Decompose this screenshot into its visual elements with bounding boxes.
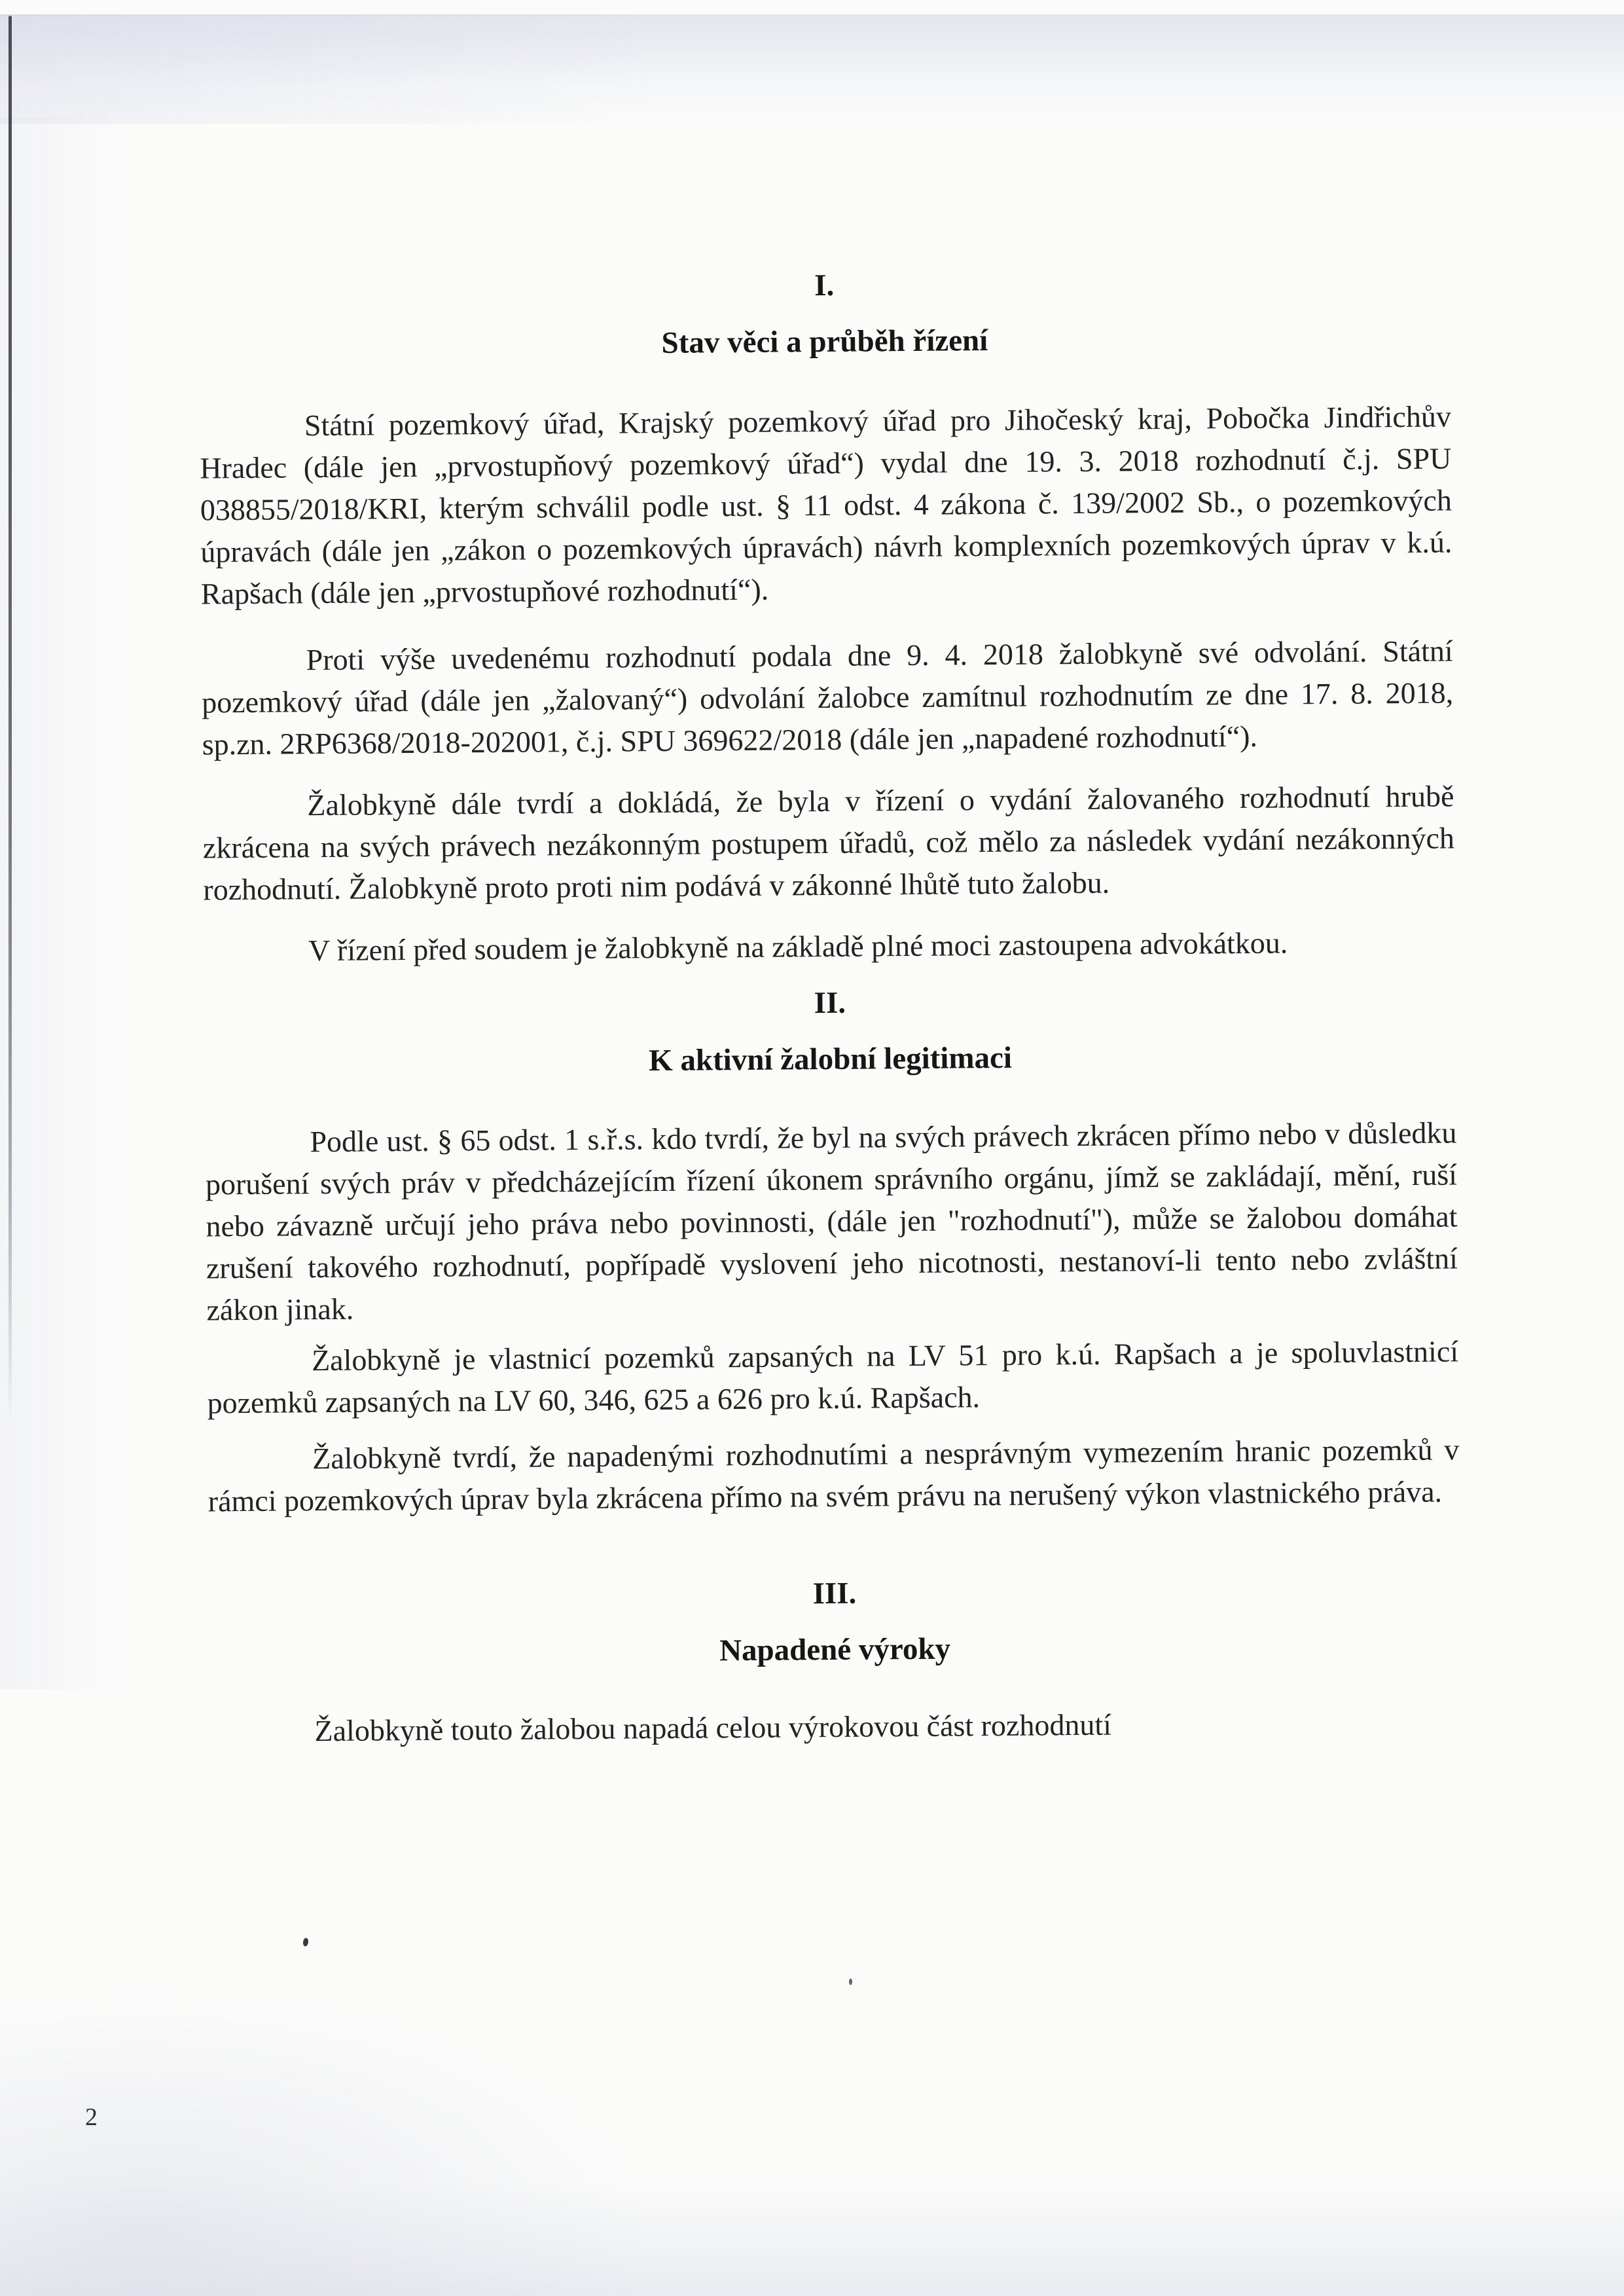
- paragraph-legitimacy-3: Žalobkyně tvrdí, že napadenými rozhodnut…: [208, 1429, 1460, 1522]
- paragraph-proceedings-2: Proti výše uvedenému rozhodnutí podala d…: [201, 630, 1453, 765]
- page-number: 2: [85, 2103, 98, 2132]
- paragraph-contested-statements: Žalobkyně touto žalobou napadá celou výr…: [209, 1701, 1461, 1753]
- ink-speck: [302, 1938, 309, 1947]
- scan-shading-top: [0, 14, 1624, 124]
- paragraph-proceedings-3: Žalobkyně dále tvrdí a dokládá, že byla …: [202, 775, 1454, 911]
- scan-shading-bottom: [0, 2180, 1624, 2296]
- paragraph-legitimacy-1: Podle ust. § 65 odst. 1 s.ř.s. kdo tvrdí…: [205, 1112, 1458, 1331]
- section-i-numeral: I.: [198, 262, 1450, 308]
- scanned-page: I. Stav věci a průběh řízení Státní poze…: [0, 0, 1624, 2296]
- document-content: I. Stav věci a průběh řízení Státní poze…: [198, 262, 1462, 1753]
- section-iii-title: Napadené výroky: [209, 1626, 1460, 1673]
- section-iii-numeral: III.: [209, 1570, 1460, 1616]
- ink-speck: [849, 1978, 852, 1985]
- paragraph-proceedings-1: Státní pozemkový úřad, Krajský pozemkový…: [200, 395, 1453, 615]
- section-i-title: Stav věci a průběh řízení: [199, 318, 1451, 365]
- section-ii-title: K aktivní žalobní legitimaci: [204, 1036, 1456, 1082]
- scan-shading-left: [0, 118, 144, 1689]
- scan-edge-line: [9, 16, 12, 1423]
- section-ii-numeral: II.: [204, 979, 1456, 1026]
- paragraph-proceedings-4: V řízení před soudem je žalobkyně na zák…: [204, 920, 1455, 972]
- paragraph-legitimacy-2: Žalobkyně je vlastnicí pozemků zapsaných…: [207, 1330, 1459, 1424]
